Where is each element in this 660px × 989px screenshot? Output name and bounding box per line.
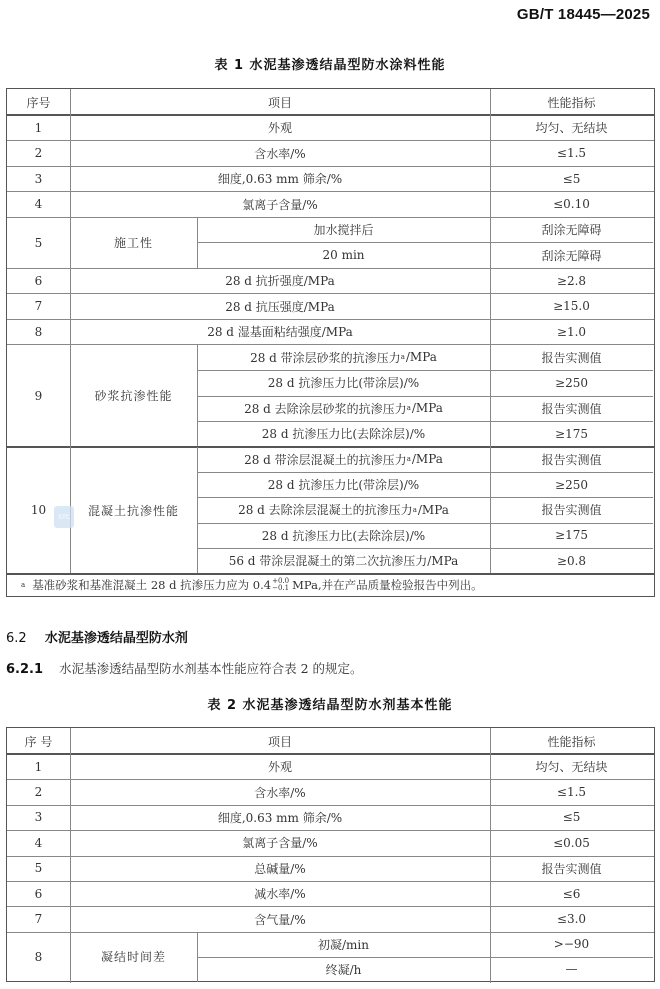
row-no: 7	[7, 906, 70, 931]
divider	[197, 217, 198, 268]
row-value: 均匀、无结块	[490, 754, 653, 779]
row-value: 报告实测值	[490, 345, 653, 371]
row-no: 5	[7, 856, 70, 881]
row-item: 28 d 抗渗压力比(带涂层)/%	[197, 370, 490, 396]
table-row-group: 8 凝结时间差 初凝/min >−90 终凝/h —	[7, 932, 654, 982]
table1: 序号 项目 性能指标 1 外观 均匀、无结块 2 含水率/% ≤1.5 3 细度…	[6, 88, 655, 597]
sub-row: 28 d 带涂层砂浆的抗渗压力a/MPa 报告实测值	[7, 345, 654, 371]
sub-row: 28 d 抗渗压力比(去除涂层)/% ≥175	[7, 523, 654, 548]
sub-row: 28 d 抗渗压力比(带涂层)/% ≥250	[7, 472, 654, 497]
sub-row: 28 d 去除涂层砂浆的抗渗压力a/MPa 报告实测值	[7, 396, 654, 422]
sub-row: 28 d 去除涂层混凝土的抗渗压力a/MPa 报告实测值	[7, 497, 654, 522]
row-no: 3	[7, 166, 70, 192]
table-row: 7 含气量/% ≤3.0	[7, 906, 654, 931]
clause: 6.2.1 水泥基渗透结晶型防水剂基本性能应符合表 2 的规定。	[6, 659, 363, 677]
sub-row: 56 d 带涂层混凝土的第二次抗渗压力/MPa ≥0.8	[7, 548, 654, 573]
row-item: 初凝/min	[197, 932, 490, 957]
row-no: 6	[7, 881, 70, 906]
section-number: 6.2	[6, 631, 27, 646]
row-no: 1	[7, 115, 70, 141]
table-row: 1 外观 均匀、无结块	[7, 754, 654, 779]
row-value: ≥0.8	[490, 548, 653, 573]
row-item: 28 d 去除涂层砂浆的抗渗压力a/MPa	[197, 396, 490, 422]
row-value: ≥250	[490, 370, 653, 396]
table-row-group: 10 混凝土抗渗性能 28 d 带涂层混凝土的抗渗压力a/MPa 报告实测值 2…	[7, 447, 654, 574]
sub-row: 终凝/h —	[7, 957, 654, 982]
table1-footnote: a 基准砂浆和基准混凝土 28 d 抗渗压力应为 0.4 +0.0 −0.1 M…	[21, 574, 483, 596]
row-value: —	[490, 957, 653, 982]
section-title: 水泥基渗透结晶型防水剂	[45, 631, 188, 646]
table-row: 4 氯离子含量/% ≤0.10	[7, 192, 654, 218]
table-row: 2 含水率/% ≤1.5	[7, 141, 654, 167]
table2-title: 表 2 水泥基渗透结晶型防水剂基本性能	[0, 694, 660, 713]
divider	[490, 89, 491, 573]
table-row: 6 减水率/% ≤6	[7, 881, 654, 906]
row-value: 报告实测值	[490, 396, 653, 422]
divider	[197, 242, 653, 243]
col-header-value: 性能指标	[490, 728, 653, 754]
row-item: 终凝/h	[197, 957, 490, 982]
table2-header-row: 序 号 项目 性能指标	[7, 728, 654, 754]
row-value: 刮涂无障碍	[490, 243, 653, 269]
row-value: 报告实测值	[490, 856, 653, 881]
row-value: ≥15.0	[490, 294, 653, 320]
row-item: 氯离子含量/%	[70, 192, 490, 218]
footnote-mark: a	[407, 455, 411, 463]
table-row: 5 总碱量/% 报告实测值	[7, 856, 654, 881]
row-item: 细度,0.63 mm 筛余/%	[70, 805, 490, 830]
divider	[70, 89, 71, 573]
sub-row: 28 d 带涂层混凝土的抗渗压力a/MPa 报告实测值	[7, 447, 654, 472]
table-row: 3 细度,0.63 mm 筛余/% ≤5	[7, 166, 654, 192]
footnote-text-tail: MPa,并在产品质量检验报告中列出。	[292, 577, 483, 593]
row-value: ≥175	[490, 421, 653, 447]
row-item: 28 d 抗渗压力比(去除涂层)/%	[197, 523, 490, 548]
row-no: 3	[7, 805, 70, 830]
row-no: 8	[7, 319, 70, 345]
row-no: 4	[7, 830, 70, 855]
sub-row: 加水搅拌后 刮涂无障碍	[7, 217, 654, 243]
row-item: 28 d 抗压强度/MPa	[70, 294, 490, 320]
table1-title: 表 1 水泥基渗透结晶型防水涂料性能	[0, 54, 660, 73]
table-row: 2 含水率/% ≤1.5	[7, 779, 654, 804]
row-item: 氯离子含量/%	[70, 830, 490, 855]
row-no: 2	[7, 141, 70, 167]
table-row-group: 5 施工性 加水搅拌后 刮涂无障碍 20 min 刮涂无障碍	[7, 217, 654, 268]
row-item: 含水率/%	[70, 141, 490, 167]
table-row: 3 细度,0.63 mm 筛余/% ≤5	[7, 805, 654, 830]
row-item: 56 d 带涂层混凝土的第二次抗渗压力/MPa	[197, 548, 490, 573]
clause-text: 水泥基渗透结晶型防水剂基本性能应符合表 2 的规定。	[59, 661, 362, 676]
sub-row: 28 d 抗渗压力比(带涂层)/% ≥250	[7, 370, 654, 396]
col-header-value: 性能指标	[490, 89, 653, 115]
row-item: 28 d 抗渗压力比(去除涂层)/%	[197, 421, 490, 447]
row-value: 报告实测值	[490, 447, 653, 472]
row-no: 4	[7, 192, 70, 218]
row-item: 28 d 带涂层砂浆的抗渗压力a/MPa	[197, 345, 490, 371]
row-item: 细度,0.63 mm 筛余/%	[70, 166, 490, 192]
row-no: 7	[7, 294, 70, 320]
row-value: ≤5	[490, 805, 653, 830]
row-value: ≤0.05	[490, 830, 653, 855]
row-item: 总碱量/%	[70, 856, 490, 881]
row-item: 加水搅拌后	[197, 217, 490, 243]
standard-code: GB/T 18445—2025	[517, 6, 650, 23]
row-no: 6	[7, 268, 70, 294]
table1-header-row: 序号 项目 性能指标	[7, 89, 654, 115]
divider	[490, 728, 491, 983]
row-value: ≤1.5	[490, 779, 653, 804]
table-row: 8 28 d 湿基面粘结强度/MPa ≥1.0	[7, 319, 654, 345]
table-row-group: 9 砂浆抗渗性能 28 d 带涂层砂浆的抗渗压力a/MPa 报告实测值 28 d…	[7, 345, 654, 447]
table-row: 4 氯离子含量/% ≤0.05	[7, 830, 654, 855]
row-value: ≤1.5	[490, 141, 653, 167]
row-item: 28 d 带涂层混凝土的抗渗压力a/MPa	[197, 447, 490, 472]
row-no: 1	[7, 754, 70, 779]
sub-row: 20 min 刮涂无障碍	[7, 243, 654, 269]
row-value: >−90	[490, 932, 653, 957]
row-item: 20 min	[197, 243, 490, 269]
row-value: ≤6	[490, 881, 653, 906]
row-item: 28 d 抗渗压力比(带涂层)/%	[197, 472, 490, 497]
footnote-mark: a	[413, 506, 417, 514]
col-header-no: 序 号	[7, 728, 70, 754]
row-item: 减水率/%	[70, 881, 490, 906]
sub-row: 28 d 抗渗压力比(去除涂层)/% ≥175	[7, 421, 654, 447]
footnote-mark: a	[21, 581, 25, 589]
row-item: 28 d 抗折强度/MPa	[70, 268, 490, 294]
row-value: ≥1.0	[490, 319, 653, 345]
watermark-logo-icon: STC	[54, 506, 74, 528]
row-item: 28 d 去除涂层混凝土的抗渗压力a/MPa	[197, 497, 490, 522]
row-item: 含水率/%	[70, 779, 490, 804]
col-header-item: 项目	[70, 89, 490, 115]
table-row: 1 外观 均匀、无结块	[7, 115, 654, 141]
table2: 序 号 项目 性能指标 1 外观 均匀、无结块 2 含水率/% ≤1.5 3 细…	[6, 727, 655, 982]
row-item: 外观	[70, 115, 490, 141]
row-value: 刮涂无障碍	[490, 217, 653, 243]
row-value: ≥175	[490, 523, 653, 548]
row-no: 2	[7, 779, 70, 804]
row-item: 外观	[70, 754, 490, 779]
col-header-item: 项目	[70, 728, 490, 754]
row-value: ≥250	[490, 472, 653, 497]
row-item: 含气量/%	[70, 906, 490, 931]
footnote-mark: a	[401, 353, 405, 361]
table-row: 6 28 d 抗折强度/MPa ≥2.8	[7, 268, 654, 294]
row-value: 均匀、无结块	[490, 115, 653, 141]
tolerance: +0.0 −0.1	[272, 578, 289, 592]
row-value: ≤0.10	[490, 192, 653, 218]
footnote-mark: a	[407, 404, 411, 412]
section-heading: 6.2 水泥基渗透结晶型防水剂	[6, 627, 188, 646]
divider	[70, 728, 71, 983]
footnote-text: 基准砂浆和基准混凝土 28 d 抗渗压力应为 0.4	[32, 577, 271, 593]
table-row: 7 28 d 抗压强度/MPa ≥15.0	[7, 294, 654, 320]
clause-number: 6.2.1	[6, 662, 43, 677]
col-header-no: 序号	[7, 89, 70, 115]
row-item: 28 d 湿基面粘结强度/MPa	[70, 319, 490, 345]
row-value: ≤3.0	[490, 906, 653, 931]
sub-row: 初凝/min >−90	[7, 932, 654, 957]
row-value: 报告实测值	[490, 497, 653, 522]
row-value: ≤5	[490, 166, 653, 192]
row-value: ≥2.8	[490, 268, 653, 294]
